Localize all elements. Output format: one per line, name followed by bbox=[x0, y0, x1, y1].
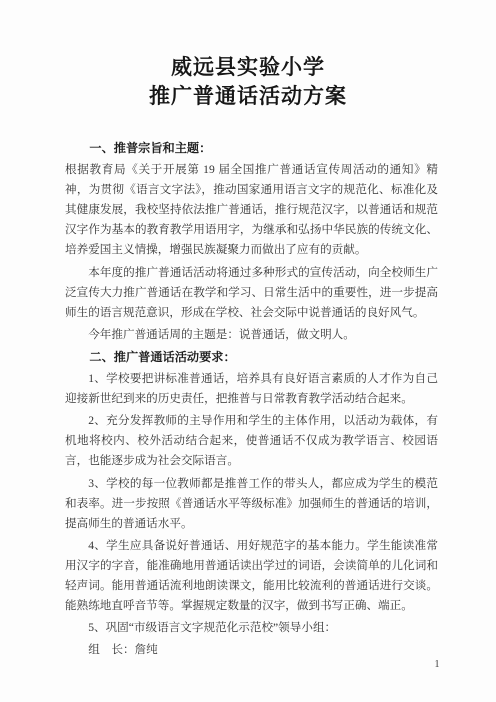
section-2-item-4: 4、学生应具备说好普通话、用好规范字的基本能力。学生能读准常用汉字的字音，能准确… bbox=[65, 536, 438, 616]
section-2-item-5: 5、巩固“市级语言文字规范化示范校”领导小组： bbox=[65, 618, 438, 638]
section-2-item-3: 3、学校的每一位教师都是推普工作的带头人，都应成为学生的模范和表率。进一步按照《… bbox=[65, 474, 438, 534]
section-2-heading: 二、推广普通话活动要求： bbox=[65, 347, 438, 367]
page-number: 1 bbox=[429, 659, 445, 670]
document-page: 威远县实验小学 推广普通话活动方案 一、推普宗旨和主题： 根据教育局《关于开展第… bbox=[0, 0, 496, 702]
section-2-item-1: 1、学校要把讲标准普通话，培养具有良好语言素质的人才作为自己迎接新世纪到来的历史… bbox=[65, 369, 438, 409]
section-2-item-2: 2、充分发挥教师的主导作用和学生的主体作用，以活动为载体，有机地将校内、校外活动… bbox=[65, 411, 438, 471]
group-leader-line: 组 长：詹纯 bbox=[65, 640, 438, 660]
document-title-line2: 推广普通话活动方案 bbox=[0, 82, 496, 111]
section-1-paragraph-2: 本年度的推广普通话活动将通过多种形式的宣传活动，向全校师生广泛宣传大力推广普通话… bbox=[65, 263, 438, 323]
section-1-paragraph-1: 根据教育局《关于开展第 19 届全国推广普通话宣传周活动的通知》精神，为贯彻《语… bbox=[65, 160, 438, 260]
document-body: 一、推普宗旨和主题： 根据教育局《关于开展第 19 届全国推广普通话宣传周活动的… bbox=[65, 138, 438, 662]
document-title-line1: 威远县实验小学 bbox=[0, 53, 496, 82]
section-1-heading: 一、推普宗旨和主题： bbox=[65, 138, 438, 158]
section-1-paragraph-3: 今年推广普通话周的主题是：说普通话，做文明人。 bbox=[65, 325, 438, 345]
document-title-block: 威远县实验小学 推广普通话活动方案 bbox=[0, 0, 496, 111]
